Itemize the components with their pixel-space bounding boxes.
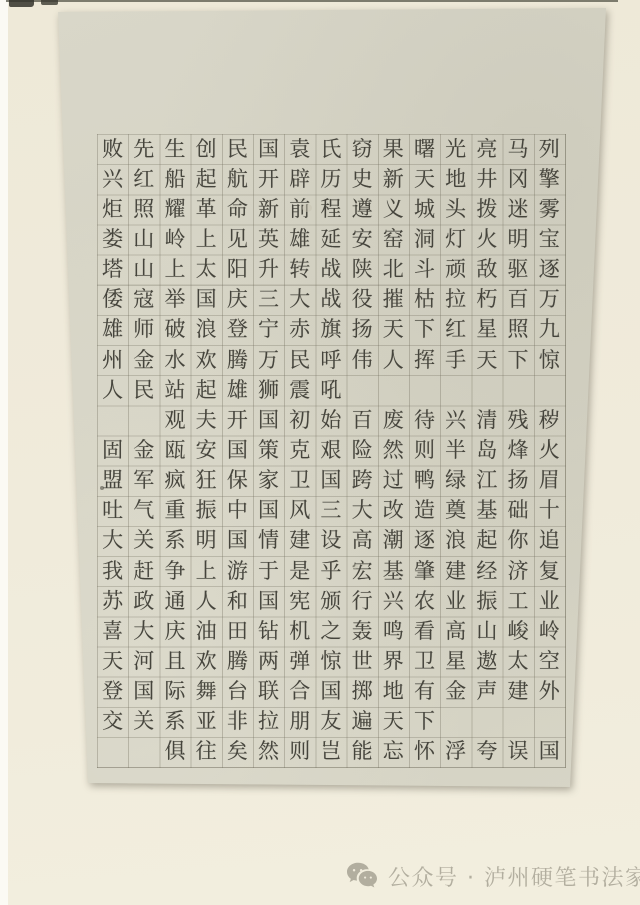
grid-cell: 师 — [128, 315, 159, 345]
grid-cell: 旗 — [315, 315, 346, 345]
grid-cell: 星 — [440, 646, 471, 676]
grid-cell: 氏 — [315, 134, 346, 164]
grid-cell: 台 — [222, 677, 253, 707]
grid-cell: 赤 — [284, 315, 315, 345]
grid-cell: 挥 — [409, 345, 440, 375]
grid-cell: 重 — [159, 496, 190, 526]
grid-cell: 见 — [222, 224, 253, 254]
grid-cell: 之 — [315, 616, 346, 646]
grid-cell: 庆 — [222, 285, 253, 315]
grid-cell: 天 — [471, 345, 502, 375]
grid-cell: 创 — [191, 134, 222, 164]
grid-cell: 命 — [222, 194, 253, 224]
grid-cell: 明 — [191, 526, 222, 556]
grid-cell — [534, 375, 565, 405]
grid-cell: 伟 — [347, 345, 378, 375]
grid-cell: 江 — [471, 466, 502, 496]
grid-cell: 兴 — [378, 586, 409, 616]
grid-cell: 遨 — [471, 646, 502, 676]
grid-cell: 吐 — [97, 496, 128, 526]
grid-cell: 大 — [97, 526, 128, 556]
grid-cell — [471, 707, 502, 737]
grid-cell: 克 — [284, 435, 315, 465]
grid-cell: 朋 — [284, 707, 315, 737]
grid-cell — [471, 375, 502, 405]
grid-cell: 窑 — [378, 224, 409, 254]
grid-cell: 太 — [191, 255, 222, 285]
grid-cell: 中 — [222, 496, 253, 526]
grid-cell: 山 — [471, 616, 502, 646]
grid-cell: 生 — [159, 134, 190, 164]
grid-cell: 惊 — [315, 646, 346, 676]
grid-cell: 机 — [284, 616, 315, 646]
grid-cell: 际 — [159, 677, 190, 707]
grid-cell: 民 — [128, 375, 159, 405]
grid-cell: 马 — [502, 134, 533, 164]
grid-cell: 掷 — [347, 677, 378, 707]
grid-cell: 起 — [191, 164, 222, 194]
grid-cell: 地 — [378, 677, 409, 707]
grid-cell: 举 — [159, 285, 190, 315]
grid-cell: 人 — [97, 375, 128, 405]
grid-cell: 腾 — [222, 345, 253, 375]
grid-cell: 大 — [128, 616, 159, 646]
grid-cell: 建 — [440, 556, 471, 586]
grid-cell: 拨 — [471, 194, 502, 224]
grid-cell: 列 — [534, 134, 565, 164]
grid-cell: 造 — [409, 496, 440, 526]
grid-cell: 苏 — [97, 586, 128, 616]
grid-cell: 油 — [191, 616, 222, 646]
grid-cell: 升 — [253, 255, 284, 285]
grid-cell: 通 — [159, 586, 190, 616]
grid-cell: 振 — [191, 496, 222, 526]
grid-cell: 潮 — [378, 526, 409, 556]
grid-cell: 腾 — [222, 646, 253, 676]
grid-cell: 战 — [315, 255, 346, 285]
watermark: 公众号 · 泸州硬笔书法家协会 — [346, 858, 640, 894]
grid-cell: 则 — [284, 737, 315, 767]
grid-cell — [97, 737, 128, 767]
grid-cell: 三 — [253, 285, 284, 315]
grid-cell: 万 — [534, 285, 565, 315]
grid-cell: 系 — [159, 707, 190, 737]
grid-cell: 初 — [284, 405, 315, 435]
grid-cell: 天 — [378, 707, 409, 737]
grid-cell: 起 — [191, 375, 222, 405]
grid-cell: 业 — [534, 586, 565, 616]
grid-cell: 则 — [409, 435, 440, 465]
grid-cell: 斗 — [409, 255, 440, 285]
wechat-icon — [346, 861, 378, 891]
grid-cell: 肇 — [409, 556, 440, 586]
grid-cell: 颁 — [315, 586, 346, 616]
grid-cell: 奠 — [440, 496, 471, 526]
calligraphy-grid: 败先生创民国袁氏窃果曙光亮马列兴红船起航开辟历史新天地井冈擎炬照耀革命新前程遵义… — [97, 134, 566, 768]
grid-cell — [378, 375, 409, 405]
grid-cell: 国 — [253, 496, 284, 526]
grid-cell: 国 — [222, 526, 253, 556]
grid-cell: 界 — [378, 646, 409, 676]
grid-cell: 瓯 — [159, 435, 190, 465]
grid-cell: 艰 — [315, 435, 346, 465]
grid-cell: 亮 — [471, 134, 502, 164]
grid-cell: 高 — [440, 616, 471, 646]
grid-cell: 基 — [471, 496, 502, 526]
grid-cell: 过 — [378, 466, 409, 496]
grid-cell — [440, 375, 471, 405]
grid-cell: 登 — [222, 315, 253, 345]
grid-cell: 风 — [284, 496, 315, 526]
grid-cell: 金 — [128, 345, 159, 375]
grid-cell: 浮 — [440, 737, 471, 767]
grid-cell: 往 — [191, 737, 222, 767]
grid-cell: 三 — [315, 496, 346, 526]
grid-cell: 建 — [502, 677, 533, 707]
grid-cell: 人 — [191, 586, 222, 616]
grid-cell: 济 — [502, 556, 533, 586]
grid-cell: 兴 — [440, 405, 471, 435]
grid-cell: 上 — [159, 255, 190, 285]
grid-cell: 钻 — [253, 616, 284, 646]
photo-background: { "photo": { "background": "#f0ebdb", "p… — [0, 0, 640, 905]
grid-cell: 拉 — [253, 707, 284, 737]
grid-cell: 遍 — [347, 707, 378, 737]
grid-cell — [502, 375, 533, 405]
grid-cell: 新 — [378, 164, 409, 194]
grid-cell: 宝 — [534, 224, 565, 254]
grid-cell: 家 — [253, 466, 284, 496]
grid-cell: 红 — [128, 164, 159, 194]
grid-cell: 非 — [222, 707, 253, 737]
grid-cell: 国 — [222, 435, 253, 465]
grid-cell: 始 — [315, 405, 346, 435]
grid-cell: 础 — [502, 496, 533, 526]
grid-cell: 清 — [471, 405, 502, 435]
grid-cell: 天 — [378, 315, 409, 345]
grid-cell: 怀 — [409, 737, 440, 767]
grid-cell: 新 — [253, 194, 284, 224]
grid-cell: 残 — [502, 405, 533, 435]
grid-cell: 山 — [128, 224, 159, 254]
paper-speck — [100, 486, 104, 490]
grid-cell: 炬 — [97, 194, 128, 224]
grid-cell: 窃 — [347, 134, 378, 164]
grid-cell: 浪 — [191, 315, 222, 345]
grid-cell: 是 — [284, 556, 315, 586]
grid-cell: 浪 — [440, 526, 471, 556]
grid-cell: 延 — [315, 224, 346, 254]
grid-cell: 你 — [502, 526, 533, 556]
grid-cell: 跨 — [347, 466, 378, 496]
grid-cell — [409, 375, 440, 405]
grid-cell: 险 — [347, 435, 378, 465]
paper-stain — [302, 204, 312, 212]
grid-cell: 策 — [253, 435, 284, 465]
grid-cell: 金 — [440, 677, 471, 707]
grid-cell: 先 — [128, 134, 159, 164]
grid-cell: 摧 — [378, 285, 409, 315]
grid-cell: 倭 — [97, 285, 128, 315]
grid-cell: 秽 — [534, 405, 565, 435]
grid-cell: 世 — [347, 646, 378, 676]
grid-cell: 政 — [128, 586, 159, 616]
grid-cell: 山 — [128, 255, 159, 285]
grid-cell: 农 — [409, 586, 440, 616]
grid-cell: 破 — [159, 315, 190, 345]
grid-cell: 交 — [97, 707, 128, 737]
grid-cell: 情 — [253, 526, 284, 556]
grid-cell: 基 — [378, 556, 409, 586]
grid-cell: 河 — [128, 646, 159, 676]
grid-cell: 灯 — [440, 224, 471, 254]
grid-cell: 庆 — [159, 616, 190, 646]
grid-cell: 工 — [502, 586, 533, 616]
grid-cell: 娄 — [97, 224, 128, 254]
grid-cell: 擎 — [534, 164, 565, 194]
grid-cell: 复 — [534, 556, 565, 586]
grid-cell: 合 — [284, 677, 315, 707]
watermark-text: 公众号 · 泸州硬笔书法家协会 — [388, 861, 640, 892]
grid-cell: 国 — [315, 466, 346, 496]
grid-cell: 耀 — [159, 194, 190, 224]
grid-cell: 行 — [347, 586, 378, 616]
grid-cell: 败 — [97, 134, 128, 164]
grid-cell: 大 — [284, 285, 315, 315]
grid-cell: 呼 — [315, 345, 346, 375]
grid-cell: 天 — [409, 164, 440, 194]
grid-cell: 亚 — [191, 707, 222, 737]
grid-cell: 有 — [409, 677, 440, 707]
grid-cell: 义 — [378, 194, 409, 224]
grid-cell: 夫 — [191, 405, 222, 435]
grid-cell: 上 — [191, 224, 222, 254]
grid-cell: 拉 — [440, 285, 471, 315]
grid-cell: 扬 — [502, 466, 533, 496]
grid-cell: 火 — [534, 435, 565, 465]
grid-cell: 光 — [440, 134, 471, 164]
grid-cell: 烽 — [502, 435, 533, 465]
grid-cell: 然 — [253, 737, 284, 767]
grid-cell: 震 — [284, 375, 315, 405]
grid-cell: 鸣 — [378, 616, 409, 646]
grid-cell: 英 — [253, 224, 284, 254]
grid-cell: 于 — [253, 556, 284, 586]
grid-cell: 田 — [222, 616, 253, 646]
grid-cell: 看 — [409, 616, 440, 646]
grid-cell: 半 — [440, 435, 471, 465]
grid-cell: 关 — [128, 707, 159, 737]
grid-cell: 宁 — [253, 315, 284, 345]
grid-cell: 固 — [97, 435, 128, 465]
grid-cell: 阳 — [222, 255, 253, 285]
grid-cell: 下 — [409, 315, 440, 345]
grid-cell: 待 — [409, 405, 440, 435]
grid-cell: 天 — [97, 646, 128, 676]
grid-cell: 绿 — [440, 466, 471, 496]
grid-cell: 冈 — [502, 164, 533, 194]
grid-cell: 雾 — [534, 194, 565, 224]
grid-cell: 井 — [471, 164, 502, 194]
grid-cell: 欢 — [191, 345, 222, 375]
grid-cell: 废 — [378, 405, 409, 435]
grid-cell: 太 — [502, 646, 533, 676]
grid-cell: 历 — [315, 164, 346, 194]
calligraphy-paper: 败先生创民国袁氏窃果曙光亮马列兴红船起航开辟历史新天地井冈擎炬照耀革命新前程遵义… — [52, 4, 612, 790]
grid-cell: 友 — [315, 707, 346, 737]
grid-cell: 役 — [347, 285, 378, 315]
grid-cell: 九 — [534, 315, 565, 345]
grid-cell — [97, 405, 128, 435]
grid-cell: 关 — [128, 526, 159, 556]
grid-cell: 我 — [97, 556, 128, 586]
grid-cell: 水 — [159, 345, 190, 375]
grid-cell: 雄 — [97, 315, 128, 345]
grid-cell: 百 — [502, 285, 533, 315]
grid-cell: 百 — [347, 405, 378, 435]
grid-cell — [128, 405, 159, 435]
grid-cell: 追 — [534, 526, 565, 556]
grid-cell: 建 — [284, 526, 315, 556]
grid-cell: 岭 — [159, 224, 190, 254]
grid-cell: 忘 — [378, 737, 409, 767]
grid-cell: 惊 — [534, 345, 565, 375]
grid-cell: 俱 — [159, 737, 190, 767]
grid-cell: 然 — [378, 435, 409, 465]
grid-cell: 转 — [284, 255, 315, 285]
grid-cell: 声 — [471, 677, 502, 707]
grid-cell: 保 — [222, 466, 253, 496]
grid-cell: 游 — [222, 556, 253, 586]
grid-cell: 宪 — [284, 586, 315, 616]
grid-cell: 岭 — [534, 616, 565, 646]
grid-cell: 塔 — [97, 255, 128, 285]
grid-cell: 国 — [253, 134, 284, 164]
grid-cell: 红 — [440, 315, 471, 345]
grid-cell: 城 — [409, 194, 440, 224]
grid-cell: 卫 — [284, 466, 315, 496]
grid-cell: 扬 — [347, 315, 378, 345]
grid-cell: 兴 — [97, 164, 128, 194]
grid-cell: 外 — [534, 677, 565, 707]
grid-cell: 安 — [191, 435, 222, 465]
grid-cell: 遵 — [347, 194, 378, 224]
grid-cell: 观 — [159, 405, 190, 435]
grid-cell: 眉 — [534, 466, 565, 496]
paper-stain — [352, 564, 358, 569]
grid-cell: 高 — [347, 526, 378, 556]
grid-cell: 雄 — [222, 375, 253, 405]
grid-cell: 岂 — [315, 737, 346, 767]
grid-cell: 两 — [253, 646, 284, 676]
grid-cell: 登 — [97, 677, 128, 707]
grid-cell: 史 — [347, 164, 378, 194]
grid-cell: 系 — [159, 526, 190, 556]
grid-cell: 疯 — [159, 466, 190, 496]
grid-cell: 喜 — [97, 616, 128, 646]
grid-cell: 国 — [253, 586, 284, 616]
grid-cell: 人 — [378, 345, 409, 375]
grid-cell: 北 — [378, 255, 409, 285]
grid-cell: 船 — [159, 164, 190, 194]
grid-cell: 朽 — [471, 285, 502, 315]
grid-cell: 革 — [191, 194, 222, 224]
grid-cell: 地 — [440, 164, 471, 194]
grid-cell: 州 — [97, 345, 128, 375]
grid-cell — [502, 707, 533, 737]
grid-cell: 国 — [128, 677, 159, 707]
grid-cell: 雄 — [284, 224, 315, 254]
grid-cell: 洞 — [409, 224, 440, 254]
grid-cell: 曙 — [409, 134, 440, 164]
grid-cell: 战 — [315, 285, 346, 315]
grid-cell: 手 — [440, 345, 471, 375]
grid-cell: 万 — [253, 345, 284, 375]
grid-cell: 狂 — [191, 466, 222, 496]
grid-cell: 矣 — [222, 737, 253, 767]
grid-cell: 明 — [502, 224, 533, 254]
grid-cell: 民 — [222, 134, 253, 164]
grid-cell: 能 — [347, 737, 378, 767]
grid-cell: 逐 — [534, 255, 565, 285]
grid-cell: 舞 — [191, 677, 222, 707]
grid-cell — [128, 737, 159, 767]
grid-cell: 轰 — [347, 616, 378, 646]
grid-cell: 站 — [159, 375, 190, 405]
grid-cell: 开 — [222, 405, 253, 435]
grid-cell: 驱 — [502, 255, 533, 285]
grid-cell: 大 — [347, 496, 378, 526]
grid-cell: 气 — [128, 496, 159, 526]
grid-cell: 盟 — [97, 466, 128, 496]
grid-cell: 改 — [378, 496, 409, 526]
grid-cell: 照 — [502, 315, 533, 345]
grid-cell: 欢 — [191, 646, 222, 676]
grid-cell: 经 — [471, 556, 502, 586]
grid-cell: 岛 — [471, 435, 502, 465]
grid-cell: 火 — [471, 224, 502, 254]
grid-cell: 迷 — [502, 194, 533, 224]
paper-shadow-wrap: 败先生创民国袁氏窃果曙光亮马列兴红船起航开辟历史新天地井冈擎炬照耀革命新前程遵义… — [0, 0, 640, 905]
grid-cell: 误 — [502, 737, 533, 767]
grid-cell: 弹 — [284, 646, 315, 676]
grid-cell: 国 — [191, 285, 222, 315]
grid-cell: 和 — [222, 586, 253, 616]
grid-cell: 国 — [534, 737, 565, 767]
grid-cell: 赶 — [128, 556, 159, 586]
grid-cell: 枯 — [409, 285, 440, 315]
grid-cell: 安 — [347, 224, 378, 254]
grid-cell: 照 — [128, 194, 159, 224]
grid-cell: 峻 — [502, 616, 533, 646]
grid-cell: 逐 — [409, 526, 440, 556]
grid-cell: 袁 — [284, 134, 315, 164]
grid-cell: 顽 — [440, 255, 471, 285]
grid-cell: 鸭 — [409, 466, 440, 496]
grid-cell: 业 — [440, 586, 471, 616]
grid-cell: 金 — [128, 435, 159, 465]
grid-cell: 程 — [315, 194, 346, 224]
grid-cell: 头 — [440, 194, 471, 224]
grid-cell: 空 — [534, 646, 565, 676]
grid-cell: 宏 — [347, 556, 378, 586]
grid-cell: 设 — [315, 526, 346, 556]
grid-cell: 敌 — [471, 255, 502, 285]
grid-cell: 乎 — [315, 556, 346, 586]
grid-cell: 下 — [502, 345, 533, 375]
grid-cell: 果 — [378, 134, 409, 164]
grid-cell: 国 — [253, 405, 284, 435]
